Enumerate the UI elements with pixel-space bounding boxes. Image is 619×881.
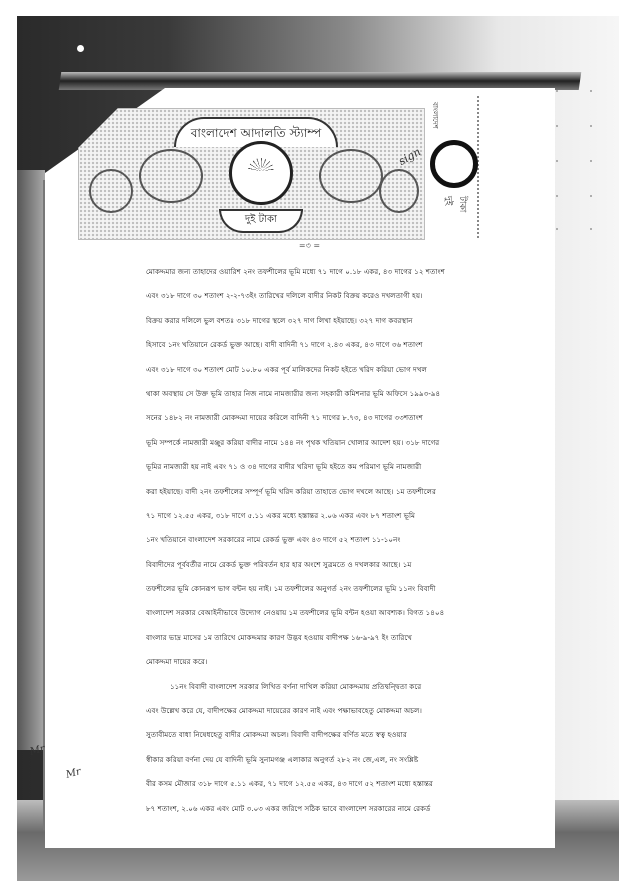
text-line: সনের ১৪৮২ নং নামজারী মোকদ্দমা দায়ের করি… bbox=[146, 406, 491, 430]
document-body: মোকদ্দমার জন্য তাহাদের ওয়ারিশ ২নং তফশীল… bbox=[146, 260, 491, 821]
scan-artifact bbox=[590, 125, 592, 127]
text-line: ৭১ দাগে ১২.৫৫ একর, ৩১৮ দাগে ৫.১১ একর মধ্… bbox=[146, 504, 491, 528]
official-seal-icon bbox=[430, 140, 478, 188]
side-text-value-1: দুই bbox=[441, 196, 456, 205]
text-line: ১১নং বিবাদী বাংলাদেশ সরকার লিখিত বর্ণনা … bbox=[146, 675, 491, 699]
text-line: বীর কসম মৌজার ৩১৮ দাগে ৫.১১ একর, ৭১ দাগে… bbox=[146, 772, 491, 796]
scan-artifact bbox=[556, 228, 558, 230]
text-line: থাকা অবস্থায় সে উক্ত ভূমি তাহার নিজ নাম… bbox=[146, 382, 491, 406]
scan-artifact bbox=[590, 90, 592, 92]
text-line: বিবাদীদের পূর্ববর্তীর নামে রেকর্ড ভুক্ত … bbox=[146, 553, 491, 577]
page-edge bbox=[43, 180, 45, 830]
scan-artifact bbox=[556, 160, 558, 162]
page-number: =৩ = bbox=[0, 240, 619, 253]
scan-artifact bbox=[590, 228, 592, 230]
text-line: তফশীলের ভূমি কোনরূপ ভাগ বন্টন হয় নাই। ১… bbox=[146, 577, 491, 601]
text-line: ১নং খতিয়ানে বাংলাদেশ সরকারের নামে রেকর্… bbox=[146, 528, 491, 552]
text-line: সুতাবীমতে বাধা নিষেধহেতু বাদীর মোকদ্দমা … bbox=[146, 723, 491, 747]
text-line: হিসাবে ১নং খতিয়ানে রেকর্ড ভুক্ত আছে। বা… bbox=[146, 333, 491, 357]
text-line: করা হইয়াছে। বাদী ২নং তফশীলের সম্পূর্ণ ভ… bbox=[146, 480, 491, 504]
scan-artifact bbox=[590, 160, 592, 162]
text-line: বাংলাদেশ সরকার বেআইনীভাবে উদ্যোগ নেওয়ায… bbox=[146, 601, 491, 625]
scan-artifact bbox=[556, 90, 558, 92]
text-line: মোকদ্দমার জন্য তাহাদের ওয়ারিশ ২নং তফশীল… bbox=[146, 260, 491, 284]
non-judicial-stamp: বাংলাদেশ আদালতি স্ট্যাম্প দুই টাকা bbox=[78, 108, 425, 240]
side-text-value-2: টাকা bbox=[455, 196, 470, 212]
scan-artifact bbox=[556, 125, 558, 127]
text-line: মোকদ্দমা দায়ের করে। bbox=[146, 650, 491, 674]
scan-artifact bbox=[77, 45, 84, 52]
stamp-value-text: দুই টাকা bbox=[219, 209, 303, 233]
text-line: এবং ৩১৮ দাগে ৩০ শতাংশ মোট ১০.৮০ একর পূর্… bbox=[146, 358, 491, 382]
page-fold-shadow bbox=[59, 72, 582, 90]
text-line: এবং উল্লেখ করে যে, বাদীপক্ষের মোকদ্দমা দ… bbox=[146, 699, 491, 723]
scan-artifact bbox=[590, 195, 592, 197]
text-line: বিক্রয় করার দলিলে ভুল বশতঃ ৩১৮ দাগের স্… bbox=[146, 309, 491, 333]
ornament-right bbox=[319, 149, 383, 203]
text-line: ভূমি সম্পর্কে নামজারী মঞ্জুর করিয়া বাদী… bbox=[146, 431, 491, 455]
text-line: বাংলার ভাদ্র মাসের ১ম তারিখে মোকদ্দমার ক… bbox=[146, 626, 491, 650]
text-line: এবং ৩১৮ দাগে ৩০ শতাংশ ২-২-৭৩ইং তারিখের দ… bbox=[146, 284, 491, 308]
text-line: ভূমির নামজারী হয় নাই এবং ৭১ ও ৩৪ দাগের … bbox=[146, 455, 491, 479]
national-emblem-icon bbox=[229, 141, 293, 205]
ornament-far-left bbox=[89, 169, 133, 213]
side-text-top: বাংলাদেশ bbox=[429, 102, 441, 129]
page-left-shadow bbox=[17, 170, 45, 750]
text-line: ৮৭ শতাংশ, ২.০৬ একর এবং মোট ৩.০৩ একর জরিপ… bbox=[146, 797, 491, 821]
text-line: স্বীকার করিয়া বর্ণনা দেয় যে বাদিনী ভূম… bbox=[146, 748, 491, 772]
ornament-far-right bbox=[379, 169, 419, 213]
scan-artifact bbox=[556, 195, 558, 197]
ornament-left bbox=[139, 149, 203, 203]
